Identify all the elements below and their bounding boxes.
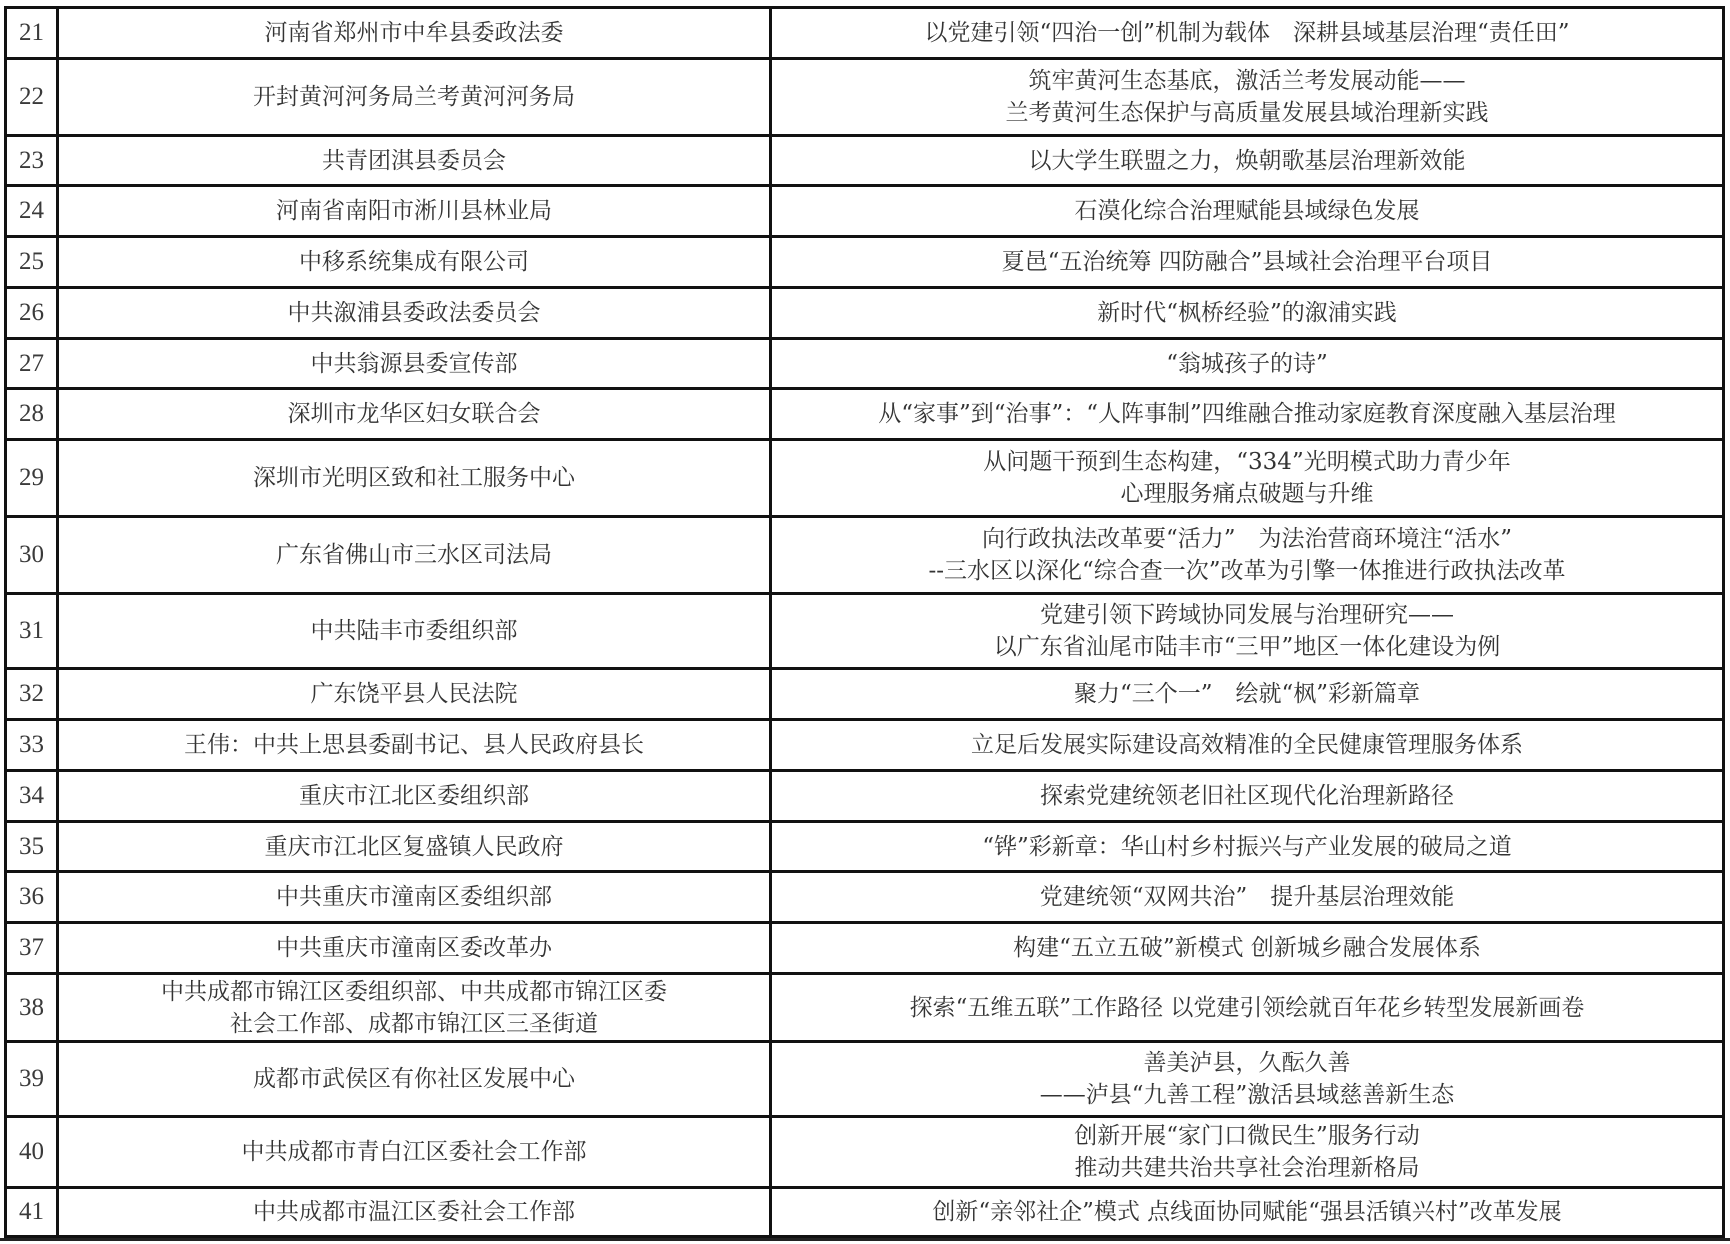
organization-cell: 中共翁源县委宣传部 bbox=[58, 339, 771, 389]
page-bottom-rule bbox=[0, 1238, 1730, 1241]
case-title-cell: 筑牢黄河生态基底，激活兰考发展动能——兰考黄河生态保护与高质量发展县域治理新实践 bbox=[771, 59, 1724, 136]
row-number-cell: 36 bbox=[6, 872, 58, 923]
row-number-cell: 40 bbox=[6, 1117, 58, 1188]
case-title-cell: 以党建引领“四治一创”机制为载体 深耕县域基层治理“责任田” bbox=[771, 8, 1724, 59]
case-title-cell: 从“家事”到“治事”：“人阵事制”四维融合推动家庭教育深度融入基层治理 bbox=[771, 389, 1724, 440]
case-title-text: --三水区以深化“综合查一次”改革为引擎一体推进行政执法改革 bbox=[778, 555, 1716, 587]
organization-text: 深圳市龙华区妇女联合会 bbox=[65, 398, 763, 430]
case-title-cell: 创新“亲邻社企”模式 点线面协同赋能“强县活镇兴村”改革发展 bbox=[771, 1188, 1724, 1237]
case-title-text: 以党建引领“四治一创”机制为载体 深耕县域基层治理“责任田” bbox=[778, 17, 1716, 49]
case-title-text: 新时代“枫桥经验”的溆浦实践 bbox=[778, 297, 1716, 329]
case-title-text: 从“家事”到“治事”：“人阵事制”四维融合推动家庭教育深度融入基层治理 bbox=[778, 398, 1716, 430]
cases-table: 21 河南省郑州市中牟县委政法委 以党建引领“四治一创”机制为载体 深耕县域基层… bbox=[4, 6, 1725, 1238]
case-title-text: “铧”彩新章：华山村乡村振兴与产业发展的破局之道 bbox=[778, 831, 1716, 863]
case-title-text: ——泸县“九善工程”激活县域慈善新生态 bbox=[778, 1079, 1716, 1111]
organization-text: 中共溆浦县委政法委员会 bbox=[65, 297, 763, 329]
case-title-text: 党建统领“双网共治” 提升基层治理效能 bbox=[778, 881, 1716, 913]
case-title-text: 探索党建统领老旧社区现代化治理新路径 bbox=[778, 780, 1716, 812]
organization-text: 河南省南阳市淅川县林业局 bbox=[65, 195, 763, 227]
row-number-cell: 23 bbox=[6, 136, 58, 186]
organization-cell: 中共陆丰市委组织部 bbox=[58, 594, 771, 669]
case-title-text: 立足后发展实际建设高效精准的全民健康管理服务体系 bbox=[778, 729, 1716, 761]
organization-cell: 广东省佛山市三水区司法局 bbox=[58, 517, 771, 594]
table-body: 21 河南省郑州市中牟县委政法委 以党建引领“四治一创”机制为载体 深耕县域基层… bbox=[6, 8, 1724, 1237]
organization-text: 中共成都市温江区委社会工作部 bbox=[65, 1196, 763, 1228]
organization-cell: 重庆市江北区复盛镇人民政府 bbox=[58, 822, 771, 872]
organization-text: 中共成都市青白江区委社会工作部 bbox=[65, 1136, 763, 1168]
row-number-cell: 38 bbox=[6, 974, 58, 1042]
organization-cell: 河南省郑州市中牟县委政法委 bbox=[58, 8, 771, 59]
case-title-text: 心理服务痛点破题与升维 bbox=[778, 478, 1716, 510]
organization-cell: 开封黄河河务局兰考黄河河务局 bbox=[58, 59, 771, 136]
case-title-text: 党建引领下跨域协同发展与治理研究—— bbox=[778, 599, 1716, 631]
case-title-text: 兰考黄河生态保护与高质量发展县域治理新实践 bbox=[778, 97, 1716, 129]
row-number-cell: 32 bbox=[6, 669, 58, 720]
organization-text: 中移系统集成有限公司 bbox=[65, 246, 763, 278]
table-row: 40 中共成都市青白江区委社会工作部 创新开展“家门口微民生”服务行动推动共建共… bbox=[6, 1117, 1724, 1188]
organization-text: 王伟：中共上思县委副书记、县人民政府县长 bbox=[65, 729, 763, 761]
case-title-cell: 新时代“枫桥经验”的溆浦实践 bbox=[771, 288, 1724, 339]
case-title-text: 探索“五维五联”工作路径 以党建引领绘就百年花乡转型发展新画卷 bbox=[778, 992, 1716, 1024]
case-title-cell: “铧”彩新章：华山村乡村振兴与产业发展的破局之道 bbox=[771, 822, 1724, 872]
organization-cell: 王伟：中共上思县委副书记、县人民政府县长 bbox=[58, 720, 771, 771]
organization-cell: 河南省南阳市淅川县林业局 bbox=[58, 186, 771, 237]
table-row: 38 中共成都市锦江区委组织部、中共成都市锦江区委社会工作部、成都市锦江区三圣街… bbox=[6, 974, 1724, 1042]
organization-cell: 中共重庆市潼南区委改革办 bbox=[58, 923, 771, 974]
row-number-cell: 33 bbox=[6, 720, 58, 771]
row-number-cell: 22 bbox=[6, 59, 58, 136]
organization-cell: 中共成都市温江区委社会工作部 bbox=[58, 1188, 771, 1237]
organization-text: 重庆市江北区复盛镇人民政府 bbox=[65, 831, 763, 863]
table-row: 37 中共重庆市潼南区委改革办 构建“五立五破”新模式 创新城乡融合发展体系 bbox=[6, 923, 1724, 974]
case-title-cell: 探索“五维五联”工作路径 以党建引领绘就百年花乡转型发展新画卷 bbox=[771, 974, 1724, 1042]
case-title-text: 创新开展“家门口微民生”服务行动 bbox=[778, 1120, 1716, 1152]
organization-cell: 深圳市光明区致和社工服务中心 bbox=[58, 440, 771, 517]
row-number-cell: 26 bbox=[6, 288, 58, 339]
table-row: 30 广东省佛山市三水区司法局 向行政执法改革要“活力” 为法治营商环境注“活水… bbox=[6, 517, 1724, 594]
case-title-text: 以大学生联盟之力，焕朝歌基层治理新效能 bbox=[778, 145, 1716, 177]
case-title-cell: 构建“五立五破”新模式 创新城乡融合发展体系 bbox=[771, 923, 1724, 974]
case-title-cell: 探索党建统领老旧社区现代化治理新路径 bbox=[771, 771, 1724, 822]
case-title-cell: 夏邑“五治统筹 四防融合”县域社会治理平台项目 bbox=[771, 237, 1724, 288]
organization-cell: 中共重庆市潼南区委组织部 bbox=[58, 872, 771, 923]
table-row: 31 中共陆丰市委组织部 党建引领下跨域协同发展与治理研究——以广东省汕尾市陆丰… bbox=[6, 594, 1724, 669]
row-number-cell: 35 bbox=[6, 822, 58, 872]
table-row: 25 中移系统集成有限公司 夏邑“五治统筹 四防融合”县域社会治理平台项目 bbox=[6, 237, 1724, 288]
case-title-cell: 向行政执法改革要“活力” 为法治营商环境注“活水”--三水区以深化“综合查一次”… bbox=[771, 517, 1724, 594]
row-number-cell: 41 bbox=[6, 1188, 58, 1237]
case-title-text: 善美泸县，久酝久善 bbox=[778, 1047, 1716, 1079]
case-title-text: 以广东省汕尾市陆丰市“三甲”地区一体化建设为例 bbox=[778, 631, 1716, 663]
table-row: 36 中共重庆市潼南区委组织部 党建统领“双网共治” 提升基层治理效能 bbox=[6, 872, 1724, 923]
organization-text: 中共陆丰市委组织部 bbox=[65, 615, 763, 647]
organization-cell: 深圳市龙华区妇女联合会 bbox=[58, 389, 771, 440]
case-title-text: 筑牢黄河生态基底，激活兰考发展动能—— bbox=[778, 65, 1716, 97]
row-number-cell: 34 bbox=[6, 771, 58, 822]
table-row: 34 重庆市江北区委组织部 探索党建统领老旧社区现代化治理新路径 bbox=[6, 771, 1724, 822]
case-title-text: 构建“五立五破”新模式 创新城乡融合发展体系 bbox=[778, 932, 1716, 964]
organization-cell: 共青团淇县委员会 bbox=[58, 136, 771, 186]
row-number-cell: 39 bbox=[6, 1042, 58, 1117]
organization-cell: 中共溆浦县委政法委员会 bbox=[58, 288, 771, 339]
row-number-cell: 28 bbox=[6, 389, 58, 440]
case-title-text: 向行政执法改革要“活力” 为法治营商环境注“活水” bbox=[778, 523, 1716, 555]
case-title-text: “翁城孩子的诗” bbox=[778, 348, 1716, 380]
organization-text: 开封黄河河务局兰考黄河河务局 bbox=[65, 81, 763, 113]
row-number-cell: 31 bbox=[6, 594, 58, 669]
case-title-text: 从问题干预到生态构建，“334”光明模式助力青少年 bbox=[778, 446, 1716, 478]
case-title-cell: 党建统领“双网共治” 提升基层治理效能 bbox=[771, 872, 1724, 923]
table-row: 28 深圳市龙华区妇女联合会 从“家事”到“治事”：“人阵事制”四维融合推动家庭… bbox=[6, 389, 1724, 440]
row-number-cell: 24 bbox=[6, 186, 58, 237]
table-row: 39 成都市武侯区有你社区发展中心 善美泸县，久酝久善——泸县“九善工程”激活县… bbox=[6, 1042, 1724, 1117]
case-title-cell: 党建引领下跨域协同发展与治理研究——以广东省汕尾市陆丰市“三甲”地区一体化建设为… bbox=[771, 594, 1724, 669]
organization-text: 河南省郑州市中牟县委政法委 bbox=[65, 17, 763, 49]
case-title-cell: 石漠化综合治理赋能县域绿色发展 bbox=[771, 186, 1724, 237]
organization-text: 成都市武侯区有你社区发展中心 bbox=[65, 1063, 763, 1095]
case-title-cell: “翁城孩子的诗” bbox=[771, 339, 1724, 389]
organization-cell: 成都市武侯区有你社区发展中心 bbox=[58, 1042, 771, 1117]
table-row: 24 河南省南阳市淅川县林业局 石漠化综合治理赋能县域绿色发展 bbox=[6, 186, 1724, 237]
organization-text: 中共重庆市潼南区委改革办 bbox=[65, 932, 763, 964]
organization-cell: 中移系统集成有限公司 bbox=[58, 237, 771, 288]
table-row: 22 开封黄河河务局兰考黄河河务局 筑牢黄河生态基底，激活兰考发展动能——兰考黄… bbox=[6, 59, 1724, 136]
case-title-cell: 创新开展“家门口微民生”服务行动推动共建共治共享社会治理新格局 bbox=[771, 1117, 1724, 1188]
organization-cell: 中共成都市锦江区委组织部、中共成都市锦江区委社会工作部、成都市锦江区三圣街道 bbox=[58, 974, 771, 1042]
organization-text: 广东省佛山市三水区司法局 bbox=[65, 539, 763, 571]
row-number-cell: 25 bbox=[6, 237, 58, 288]
table-row: 41 中共成都市温江区委社会工作部 创新“亲邻社企”模式 点线面协同赋能“强县活… bbox=[6, 1188, 1724, 1237]
table-row: 23 共青团淇县委员会 以大学生联盟之力，焕朝歌基层治理新效能 bbox=[6, 136, 1724, 186]
row-number-cell: 37 bbox=[6, 923, 58, 974]
table-row: 35 重庆市江北区复盛镇人民政府 “铧”彩新章：华山村乡村振兴与产业发展的破局之… bbox=[6, 822, 1724, 872]
organization-cell: 广东饶平县人民法院 bbox=[58, 669, 771, 720]
case-title-cell: 立足后发展实际建设高效精准的全民健康管理服务体系 bbox=[771, 720, 1724, 771]
organization-text: 社会工作部、成都市锦江区三圣街道 bbox=[65, 1008, 763, 1040]
organization-text: 深圳市光明区致和社工服务中心 bbox=[65, 462, 763, 494]
table-row: 33 王伟：中共上思县委副书记、县人民政府县长 立足后发展实际建设高效精准的全民… bbox=[6, 720, 1724, 771]
table-row: 26 中共溆浦县委政法委员会 新时代“枫桥经验”的溆浦实践 bbox=[6, 288, 1724, 339]
table-row: 27 中共翁源县委宣传部 “翁城孩子的诗” bbox=[6, 339, 1724, 389]
organization-text: 重庆市江北区委组织部 bbox=[65, 780, 763, 812]
table-row: 21 河南省郑州市中牟县委政法委 以党建引领“四治一创”机制为载体 深耕县域基层… bbox=[6, 8, 1724, 59]
case-title-cell: 以大学生联盟之力，焕朝歌基层治理新效能 bbox=[771, 136, 1724, 186]
case-title-text: 石漠化综合治理赋能县域绿色发展 bbox=[778, 195, 1716, 227]
row-number-cell: 27 bbox=[6, 339, 58, 389]
table-row: 29 深圳市光明区致和社工服务中心 从问题干预到生态构建，“334”光明模式助力… bbox=[6, 440, 1724, 517]
organization-cell: 重庆市江北区委组织部 bbox=[58, 771, 771, 822]
case-title-text: 夏邑“五治统筹 四防融合”县域社会治理平台项目 bbox=[778, 246, 1716, 278]
row-number-cell: 21 bbox=[6, 8, 58, 59]
row-number-cell: 30 bbox=[6, 517, 58, 594]
organization-cell: 中共成都市青白江区委社会工作部 bbox=[58, 1117, 771, 1188]
case-title-cell: 聚力“三个一” 绘就“枫”彩新篇章 bbox=[771, 669, 1724, 720]
case-title-cell: 从问题干预到生态构建，“334”光明模式助力青少年心理服务痛点破题与升维 bbox=[771, 440, 1724, 517]
organization-text: 中共成都市锦江区委组织部、中共成都市锦江区委 bbox=[65, 976, 763, 1008]
organization-text: 中共翁源县委宣传部 bbox=[65, 348, 763, 380]
organization-text: 广东饶平县人民法院 bbox=[65, 678, 763, 710]
table-row: 32 广东饶平县人民法院 聚力“三个一” 绘就“枫”彩新篇章 bbox=[6, 669, 1724, 720]
case-title-text: 聚力“三个一” 绘就“枫”彩新篇章 bbox=[778, 678, 1716, 710]
case-title-text: 创新“亲邻社企”模式 点线面协同赋能“强县活镇兴村”改革发展 bbox=[778, 1196, 1716, 1228]
organization-text: 共青团淇县委员会 bbox=[65, 145, 763, 177]
organization-text: 中共重庆市潼南区委组织部 bbox=[65, 881, 763, 913]
row-number-cell: 29 bbox=[6, 440, 58, 517]
case-title-cell: 善美泸县，久酝久善——泸县“九善工程”激活县域慈善新生态 bbox=[771, 1042, 1724, 1117]
case-title-text: 推动共建共治共享社会治理新格局 bbox=[778, 1152, 1716, 1184]
